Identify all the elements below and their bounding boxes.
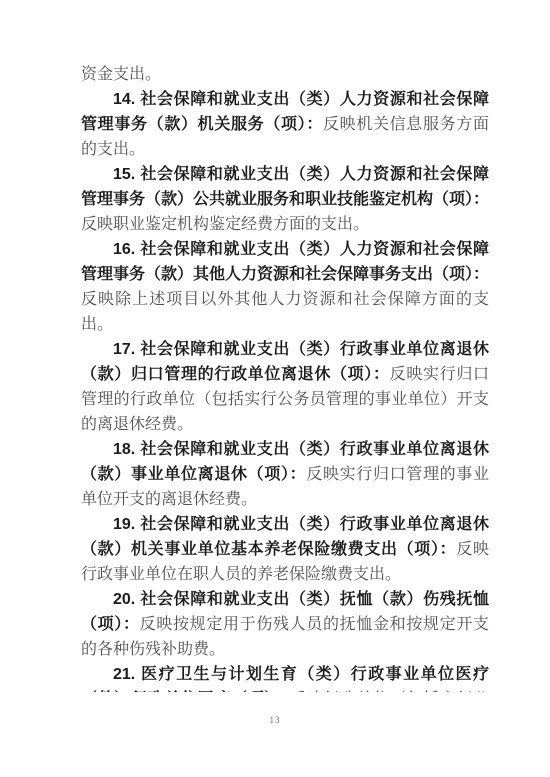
page-number: 13 — [0, 715, 550, 725]
paragraph: 19. 社会保障和就业支出（类）行政事业单位离退休（款）机关事业单位基本养老保险… — [81, 512, 489, 587]
clause-heading: 21. 医疗卫生与计划生育（类）行政事业单位医疗（款）行政单位医疗（项）： — [81, 666, 489, 692]
paragraph: 资金支出。 — [81, 62, 489, 87]
clause-heading: 19. 社会保障和就业支出（类）行政事业单位离退休（款）机关事业单位基本养老保险… — [81, 516, 489, 558]
paragraph: 15. 社会保障和就业支出（类）人力资源和社会保障管理事务（款）公共就业服务和职… — [81, 162, 489, 237]
document-body: 资金支出。14. 社会保障和就业支出（类）人力资源和社会保障管理事务（款）机关服… — [81, 62, 489, 692]
clause-heading: 16. 社会保障和就业支出（类）人力资源和社会保障管理事务（款）其他人力资源和社… — [81, 241, 489, 283]
clause-description: 反映除上述项目以外其他人力资源和社会保障方面的支出。 — [81, 291, 489, 333]
document-page: 资金支出。14. 社会保障和就业支出（类）人力资源和社会保障管理事务（款）机关服… — [0, 0, 550, 777]
paragraph: 18. 社会保障和就业支出（类）行政事业单位离退休（款）事业单位离退休（项）：反… — [81, 437, 489, 512]
clause-description: 反映职业鉴定机构鉴定经费方面的支出。 — [81, 216, 369, 233]
clause-heading: 15. 社会保障和就业支出（类）人力资源和社会保障管理事务（款）公共就业服务和职… — [81, 166, 489, 208]
clause-description: 资金支出。 — [81, 66, 161, 83]
paragraph: 20. 社会保障和就业支出（类）抚恤（款）伤残抚恤（项）：反映按规定用于伤残人员… — [81, 587, 489, 662]
paragraph: 14. 社会保障和就业支出（类）人力资源和社会保障管理事务（款）机关服务（项）：… — [81, 87, 489, 162]
paragraph: 21. 医疗卫生与计划生育（类）行政事业单位医疗（款）行政单位医疗（项）：反映行… — [81, 662, 489, 692]
paragraph: 17. 社会保障和就业支出（类）行政事业单位离退休（款）归口管理的行政单位离退休… — [81, 337, 489, 437]
clause-description: 反映按规定用于伤残人员的抚恤金和按规定开支的各种伤残补助费。 — [81, 616, 489, 658]
paragraph: 16. 社会保障和就业支出（类）人力资源和社会保障管理事务（款）其他人力资源和社… — [81, 237, 489, 337]
